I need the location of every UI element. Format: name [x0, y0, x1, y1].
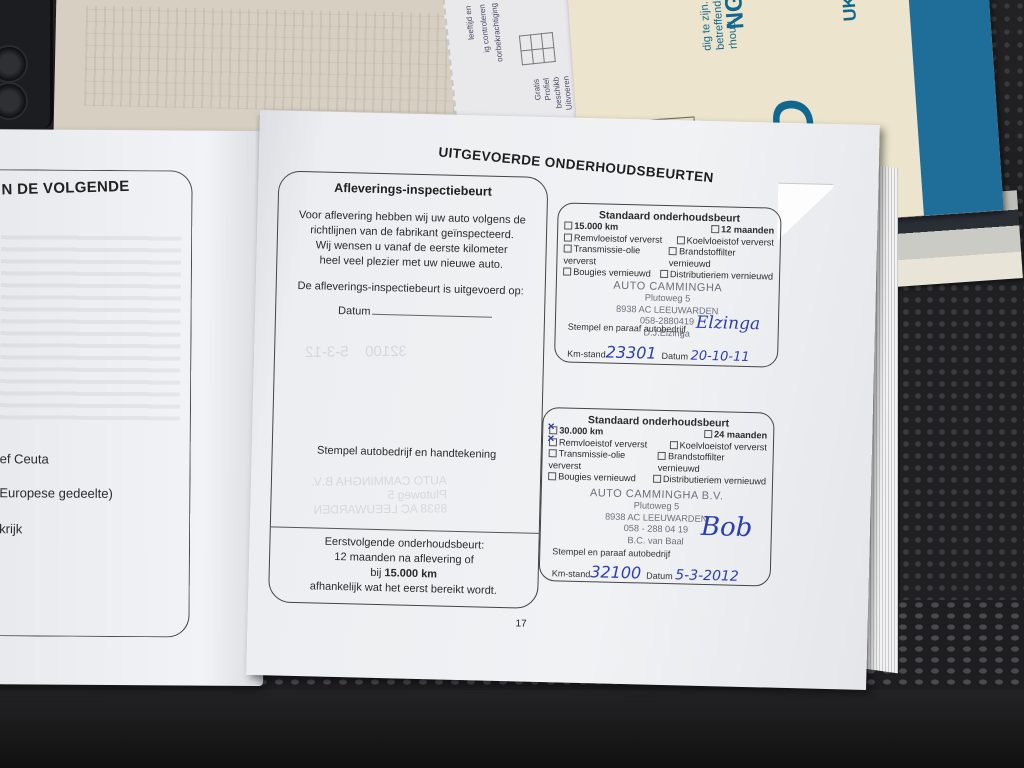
month-interval-label: 24 maanden — [714, 429, 767, 440]
check-label: Bougies vernieuwd — [558, 471, 636, 483]
switch-knob — [0, 45, 28, 83]
km-value: 23301 — [605, 343, 656, 363]
dashboard-switch-panel — [0, 0, 53, 128]
manual-subtitle-heading: NG — [720, 0, 750, 30]
next-service-km: 15.000 km — [384, 567, 437, 580]
checkbox[interactable] — [564, 221, 572, 229]
km-date-row: Km-stand23301 Datum 20-10-11 — [567, 342, 750, 365]
next-service-note: Eerstvolgende onderhoudsbeurt: 12 maande… — [269, 533, 538, 600]
delivery-done-on-label: De afleverings-inspectiebeurt is uitgevo… — [277, 279, 545, 298]
bleed-through-stamp: AUTO CAMMINGHA B.V.Plutoweg 58938 AC LEE… — [311, 473, 447, 516]
left-page: N DE VOLGENDE ef Ceuta Europese gedeelte… — [0, 129, 267, 686]
checkbox[interactable] — [563, 267, 571, 275]
car-seat-shadow — [0, 690, 1024, 768]
delivery-date-field: Datum — [338, 305, 544, 322]
signature-label: Stempel en paraaf autobedrijf — [552, 546, 670, 559]
delivery-box-divider — [271, 526, 539, 534]
check-label: Bougies vernieuwd — [573, 267, 651, 279]
left-page-heading: N DE VOLGENDE — [1, 178, 130, 199]
checkbox[interactable] — [670, 441, 678, 449]
corner-tab — [777, 183, 833, 245]
checkbox[interactable] — [653, 475, 661, 483]
delivery-inspection-box: Afleverings-inspectiebeurt Voor afleveri… — [268, 170, 548, 608]
left-page-line: Europese gedeelte) — [0, 485, 113, 501]
service-record-1: Standaard onderhoudsbeurt 15.000 km 12 m… — [554, 202, 782, 367]
check-label: Distributieriem vernieuwd — [670, 269, 773, 282]
next-service-bij: bij — [370, 567, 381, 579]
delivery-date-label: Datum — [338, 305, 371, 318]
card-text: oorbekrachtiging — [489, 3, 504, 63]
checkbox[interactable] — [660, 270, 668, 278]
check-item[interactable]: Distributieriem vernieuwd — [653, 474, 766, 488]
check-label: Transmissie-olie ververst — [563, 244, 640, 266]
km-interval-label: 30.000 km — [559, 425, 603, 436]
check-item[interactable]: Bougies vernieuwd — [563, 266, 651, 280]
checkbox-grid — [519, 32, 556, 65]
km-date-row: Km-stand32100 Datum 5-3-2012 — [552, 561, 739, 585]
km-value: 32100 — [590, 562, 641, 582]
km-interval-label: 15.000 km — [574, 221, 618, 232]
delivery-inspection-heading: Afleverings-inspectiebeurt — [279, 179, 547, 200]
checkbox[interactable] — [549, 449, 557, 457]
left-page-line: krijk — [0, 521, 22, 536]
check-label: Brandstoffilter vernieuwd — [658, 451, 725, 473]
check-item[interactable]: Transmissie-olie ververst — [548, 448, 658, 474]
date-value: 5-3-2012 — [675, 567, 739, 585]
handwriting-scribbles — [84, 6, 486, 114]
km-label: Km-stand — [567, 349, 606, 360]
check-label: Remvloeistof ververst — [559, 437, 648, 449]
checkbox[interactable] — [658, 452, 666, 460]
month-interval-label: 12 maanden — [721, 224, 774, 235]
check-label: Distributieriem vernieuwd — [663, 474, 766, 487]
check-label: Brandstoffilter vernieuwd — [669, 246, 736, 268]
bleed-through-text — [0, 229, 181, 420]
km-label: Km-stand — [552, 568, 591, 579]
checkbox-checked[interactable] — [549, 438, 557, 446]
check-label: Remvloeistof ververst — [574, 232, 663, 244]
check-item[interactable]: Bougies vernieuwd — [548, 471, 636, 485]
right-page: UITGEVOERDE ONDERHOUDSBEURTEN Aflevering… — [246, 110, 880, 690]
manual-brand-name: UKI — [838, 0, 861, 22]
handwritten-signature: Bob — [701, 512, 753, 543]
check-item[interactable]: Brandstoffilter vernieuwd — [669, 246, 774, 272]
delivery-date-line — [372, 314, 492, 318]
card-text: leeftijd en — [464, 5, 477, 40]
date-value: 20-10-11 — [690, 349, 749, 365]
check-item[interactable]: Brandstoffilter vernieuwd — [658, 451, 767, 477]
checkbox[interactable] — [669, 247, 677, 255]
page-number: 17 — [515, 618, 526, 629]
check-label: Koelvloeistof ververst — [679, 440, 767, 452]
handwritten-signature: Elzinga — [696, 313, 761, 335]
check-label: Transmissie-olie ververst — [548, 448, 625, 470]
delivery-inspection-paragraph: Voor aflevering hebben wij uw auto volge… — [277, 207, 546, 274]
checkbox[interactable] — [564, 244, 572, 252]
service-booklet: N DE VOLGENDE ef Ceuta Europese gedeelte… — [0, 110, 950, 690]
bleed-through-handwriting: 32100 5-3-12 — [305, 343, 407, 361]
check-item[interactable]: Transmissie-olie ververst — [563, 243, 669, 269]
date-label: Datum — [646, 571, 673, 582]
checkbox[interactable] — [711, 225, 719, 233]
delivery-stamp-label: Stempel autobedrijf en handtekening — [273, 443, 541, 462]
checkbox[interactable] — [564, 233, 572, 241]
check-label: Koelvloeistof ververst — [687, 235, 775, 247]
service-record-2: Standaard onderhoudsbeurt 30.000 km 24 m… — [539, 407, 775, 587]
checkbox[interactable] — [677, 236, 685, 244]
left-page-line: ef Ceuta — [0, 451, 49, 466]
checkbox[interactable] — [548, 472, 556, 480]
date-label: Datum — [661, 351, 688, 362]
checkbox[interactable] — [704, 430, 712, 438]
